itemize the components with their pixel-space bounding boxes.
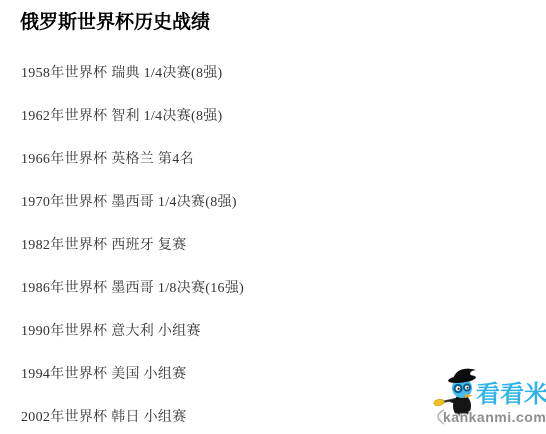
watermark-brand-text: 看看米 [476,382,546,408]
record-line-1962: 1962年世界杯 智利 1/4决赛(8强) [20,109,536,124]
broom-tip [433,398,444,406]
record-line-1958: 1958年世界杯 瑞典 1/4决赛(8强) [20,66,536,81]
record-line-1966: 1966年世界杯 英格兰 第4名 [20,152,536,167]
record-line-1970: 1970年世界杯 墨西哥 1/4决赛(8强) [20,195,536,210]
record-line-1990: 1990年世界杯 意大利 小组赛 [20,324,536,339]
pupil-right [467,387,469,389]
record-line-1982: 1982年世界杯 西班牙 复赛 [20,238,536,253]
page-title: 俄罗斯世界杯历史战绩 [20,0,536,33]
record-line-1986: 1986年世界杯 墨西哥 1/8决赛(16强) [20,281,536,296]
watermark-domain-text: kankanmi.com [443,409,546,425]
pupil-left [458,388,460,390]
article-content: 俄罗斯世界杯历史战绩 1958年世界杯 瑞典 1/4决赛(8强) 1962年世界… [0,0,546,425]
watermark-logo: 看看米 kankanmi.com [422,368,546,432]
